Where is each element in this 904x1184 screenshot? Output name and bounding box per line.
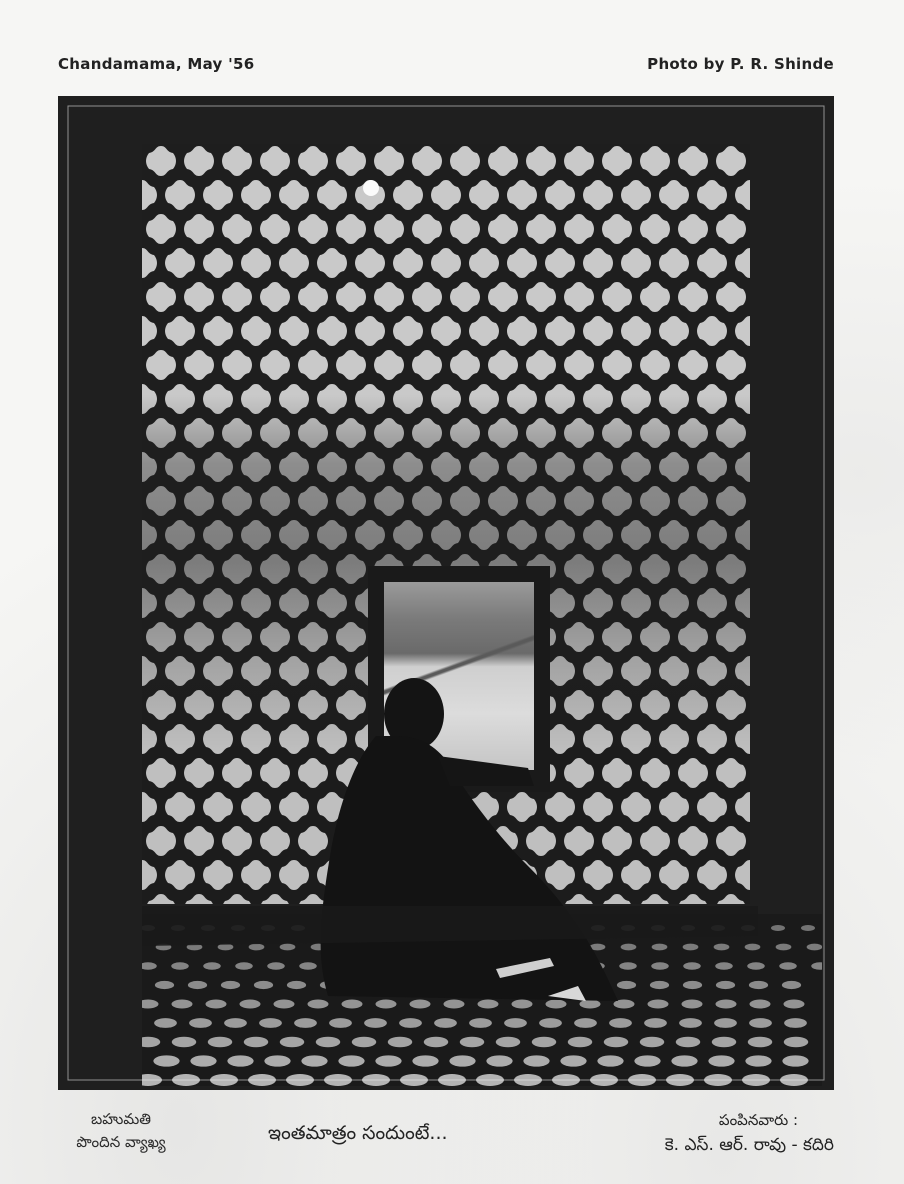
prize-caption-line2: పొందిన వ్యాఖ్య — [56, 1131, 186, 1154]
photo-credit: Photo by P. R. Shinde — [647, 55, 834, 73]
winning-caption: ఇంతమాత్రం సందుంటే... — [268, 1122, 448, 1149]
photograph — [58, 96, 834, 1090]
floor-light-pattern — [142, 914, 822, 1086]
publication-line: Chandamama, May '56 — [58, 55, 255, 73]
prize-caption: బహుమతి పొందిన వ్యాఖ్య — [56, 1108, 186, 1154]
prize-caption-line1: బహుమతి — [56, 1108, 186, 1131]
sender-name: కె. ఎస్. ఆర్. రావు - కదిరి — [665, 1133, 834, 1158]
light-spot — [363, 180, 379, 196]
window-view — [384, 582, 534, 770]
sender-credit: పంపినవారు : కె. ఎస్. ఆర్. రావు - కదిరి — [665, 1108, 834, 1158]
window-opening — [368, 566, 550, 792]
sender-label: పంపినవారు : — [665, 1108, 834, 1133]
